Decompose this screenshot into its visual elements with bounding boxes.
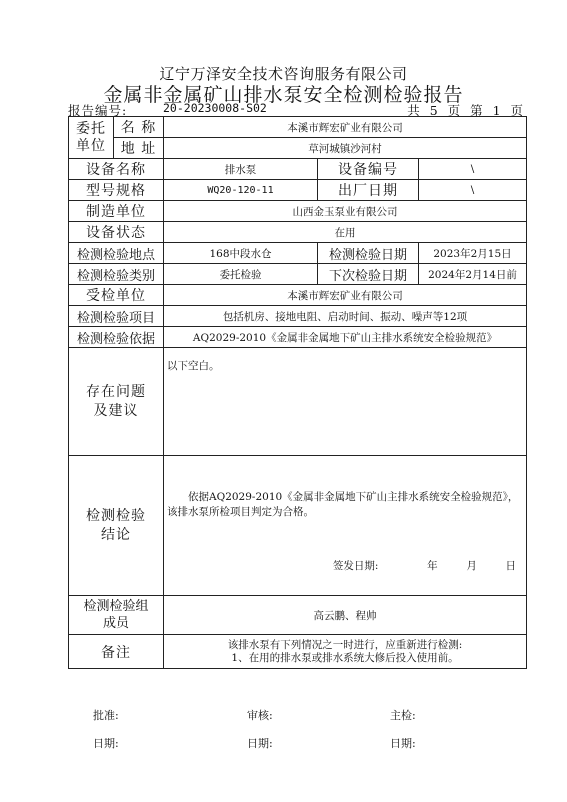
conclusion-label-line2: 结论 <box>69 526 163 545</box>
equipment-name: 排水泵 <box>164 159 318 180</box>
client-group-line2: 单位 <box>69 138 113 155</box>
test-items: 包括机房、接地电阻、启动时间、振动、噪声等12项 <box>164 306 527 327</box>
issue-day: 日 <box>506 558 517 573</box>
test-date: 2023年2月15日 <box>419 243 527 264</box>
manufacturer: 山西金玉泵业有限公司 <box>164 201 527 222</box>
conclusion-cell: 依据AQ2029-2010《金属非金属地下矿山主排水系统安全检验规范》，该排水泵… <box>164 456 527 596</box>
team-label-line2: 成员 <box>69 615 163 632</box>
issue-date: 签发日期: 年 月 日 <box>333 558 516 573</box>
team-label: 检测检验组 成员 <box>69 596 164 635</box>
equipment-name-label: 设备名称 <box>69 159 164 180</box>
model-label: 型号规格 <box>69 180 164 201</box>
chief-inspector-label: 主检: <box>390 707 416 723</box>
location-label: 检测检验地点 <box>69 243 164 264</box>
client-group-label: 委托 单位 <box>69 117 114 159</box>
problems-label-line1: 存在问题 <box>69 383 163 402</box>
items-label: 检测检验项目 <box>69 306 164 327</box>
approve-label: 批准: <box>93 707 119 723</box>
remarks: 该排水泵有下列情况之一时进行，应重新进行检测: 1、在用的排水泵或排水系统大修后… <box>164 635 527 669</box>
inspected-unit-label: 受检单位 <box>69 285 164 306</box>
factory-date: \ <box>419 180 527 201</box>
review-label: 审核: <box>247 707 273 723</box>
equipment-status: 在用 <box>164 222 527 243</box>
team-members: 高云鹏、程帅 <box>164 596 527 635</box>
issue-month: 月 <box>466 558 477 573</box>
approve-date-label: 日期: <box>93 735 119 751</box>
problems-label-line2: 及建议 <box>69 402 163 421</box>
client-name: 本溪市辉宏矿业有限公司 <box>164 117 527 138</box>
conclusion-label: 检测检验 结论 <box>69 456 164 596</box>
category-label: 检测检验类别 <box>69 264 164 285</box>
location: 168中段水仓 <box>164 243 318 264</box>
problems-cell: 以下空白。 <box>164 348 527 456</box>
remarks-label: 备注 <box>69 635 164 669</box>
review-date-label: 日期: <box>247 735 273 751</box>
conclusion-label-line1: 检测检验 <box>69 507 163 526</box>
equipment-no-label: 设备编号 <box>318 159 419 180</box>
report-table: 委托 单位 名 称 本溪市辉宏矿业有限公司 地 址 草河城镇沙河村 设备名称 排… <box>68 116 527 669</box>
inspected-unit: 本溪市辉宏矿业有限公司 <box>164 285 527 306</box>
remarks-line1: 该排水泵有下列情况之一时进行，应重新进行检测: <box>164 639 526 652</box>
report-meta: 报告编号: 20-20230008-S02 共 5 页 第 1 页 <box>68 101 526 117</box>
client-name-label: 名 称 <box>114 117 164 138</box>
category: 委托检验 <box>164 264 318 285</box>
manufacturer-label: 制造单位 <box>69 201 164 222</box>
client-group-line1: 委托 <box>69 121 113 138</box>
team-label-line1: 检测检验组 <box>69 598 163 615</box>
test-basis: AQ2029-2010《金属非金属地下矿山主排水系统安全检验规范》 <box>164 327 527 348</box>
remarks-line2: 1、在用的排水泵或排水系统大修后投入使用前。 <box>164 652 526 665</box>
status-label: 设备状态 <box>69 222 164 243</box>
test-date-label: 检测检验日期 <box>318 243 419 264</box>
next-date: 2024年2月14日前 <box>419 264 527 285</box>
model: WQ20-120-11 <box>164 180 318 201</box>
factory-date-label: 出厂日期 <box>318 180 419 201</box>
issue-date-label: 签发日期: <box>333 558 379 573</box>
report-number: 20-20230008-S02 <box>163 101 267 115</box>
equipment-no: \ <box>419 159 527 180</box>
client-address-label: 地 址 <box>114 138 164 159</box>
problems-text: 以下空白。 <box>164 348 526 373</box>
basis-label: 检测检验依据 <box>69 327 164 348</box>
issue-year: 年 <box>427 558 438 573</box>
client-address: 草河城镇沙河村 <box>164 138 527 159</box>
chief-date-label: 日期: <box>390 735 416 751</box>
next-date-label: 下次检验日期 <box>318 264 419 285</box>
conclusion-text: 依据AQ2029-2010《金属非金属地下矿山主排水系统安全检验规范》，该排水泵… <box>167 490 520 520</box>
problems-label: 存在问题 及建议 <box>69 348 164 456</box>
